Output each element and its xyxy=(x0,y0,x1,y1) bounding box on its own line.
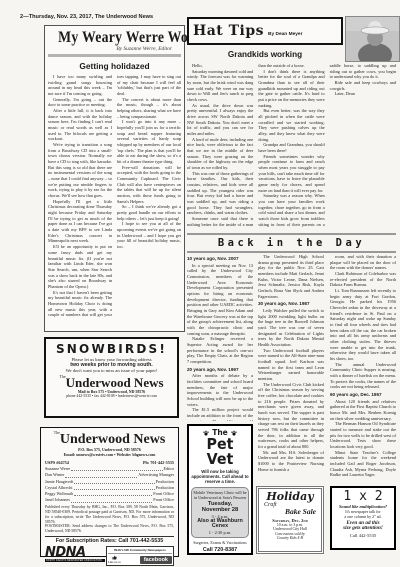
one-by-two-title: 1 x 2 xyxy=(334,490,392,503)
snowbirds-title: SNOWBIRDS! xyxy=(50,342,173,356)
one-by-two-punch2: size gets attention! xyxy=(334,526,392,532)
one-by-two-punchline: Even an ad this size gets attention! xyxy=(334,521,392,533)
masthead-name: Underwood News xyxy=(60,432,165,447)
paragraph: This was one of those gatherings of hors… xyxy=(187,171,253,216)
cowboy-portrait-photo xyxy=(346,17,399,61)
paragraph: Ride safe and keep cowboys and cowgirls. xyxy=(330,80,396,91)
dotted-leader xyxy=(74,495,152,496)
pet-vet-services: Surgeries, Exams & Vaccinations xyxy=(191,540,249,545)
facebook-badge: BHG's ND Community Newspapers Like us on… xyxy=(106,546,174,566)
pet-vet-ad: The Pet Vet Will now be taking appointme… xyxy=(187,424,253,555)
paragraph: The Underwood High School drama group pr… xyxy=(258,254,324,299)
paragraph: After months of debate by a facilities c… xyxy=(187,373,253,407)
paragraph: I hope to see you at all of the upcoming… xyxy=(117,221,181,249)
usps-number: USPS #64754 xyxy=(45,460,69,465)
like-us-text: Like us on xyxy=(108,561,121,564)
one-by-two-line2: a one column by 2" ad. xyxy=(334,514,392,519)
dotted-leader xyxy=(71,470,162,471)
holiday-bake-sale-ad: Holiday Craft Bake Sale Saturday, Dec. 2… xyxy=(256,486,324,554)
paragraph: As usual, the drive down was pretty unev… xyxy=(187,103,253,137)
paragraph: It'll be an opportunity to put on some f… xyxy=(48,244,112,289)
column-masthead: My Weary Werre World By Suzanne Werre, E… xyxy=(48,28,181,57)
hat-tips-title: Hat Tips xyxy=(193,23,264,39)
staffbox-email: Email: unnews@westriv.com • Website: bhg… xyxy=(45,452,174,457)
subscription-rates-line: For Subscription Rates: Call 701-442-553… xyxy=(45,536,174,545)
paragraph: The Underwood Civic Club kicked off the … xyxy=(258,382,324,450)
paragraph: Hopefully I'll get a little Christmas de… xyxy=(48,199,112,244)
pet-vet-time2: 1 - 2:30 p.m. xyxy=(193,530,247,535)
dotted-leader xyxy=(65,477,137,478)
paragraph: Mr. and Mrs. H.S. Solesberger of Underwo… xyxy=(258,450,324,473)
facebook-wordmark: facebook xyxy=(140,556,172,564)
paragraph: In a special meeting on Nov. 13 called b… xyxy=(187,263,253,337)
one-by-two-phone: Call 442-5535 xyxy=(334,533,392,538)
staffbox-usps-phone-row: USPS #64754 Ph: 701-442-5535 xyxy=(45,460,174,465)
paragraph: Two Underwood football players were name… xyxy=(258,348,324,382)
holiday-bake-sale: Bake Sale xyxy=(262,508,316,516)
staffbox-masthead: TheUnderwood News xyxy=(45,431,174,447)
thumbs-up-icon xyxy=(112,555,117,560)
columnist-photo xyxy=(345,16,400,62)
staff-row: Janel JohannesFront Office xyxy=(45,497,174,503)
back-in-the-day-col2: The Underwood High School drama group pr… xyxy=(258,254,324,483)
era-subhead: 20 years ago, Nov. 1997 xyxy=(187,367,253,373)
pet-vet-note: Will now be taking appointments. Call ah… xyxy=(191,469,249,485)
back-in-the-day-header: Back in the Day xyxy=(187,233,396,253)
staff-list: Suzanne WerreEditorDan WinterAdvertising… xyxy=(45,466,174,504)
pet-vet-clinic-line: Mobile Veterinary Clinic will be in Unde… xyxy=(193,490,247,500)
paragraph: About 120 friends and relatives gathered… xyxy=(330,399,396,422)
paragraph: I don't think there is anything better f… xyxy=(258,69,324,109)
snowbirds-contact: phone 442-5535 • fax 442-8108 • leaderne… xyxy=(50,394,173,398)
paragraph: Free-will donations will be accepted, wi… xyxy=(117,165,181,205)
holiday-location: Underwood City Hall xyxy=(262,527,318,531)
paragraph: After a little lull, it is back into dan… xyxy=(48,108,112,142)
column-body: I have too many swirling and twirling gr… xyxy=(48,74,181,320)
masthead-staff-box: TheUnderwood News P.O. Box 575, Underwoo… xyxy=(40,427,179,557)
holiday-concessions-line2: Country Kids 4-H xyxy=(262,536,318,540)
hat-tips-headline: Grandkids working xyxy=(187,50,343,59)
paragraph: A herd of mule deer, including one nice … xyxy=(187,137,253,171)
column-title: My Weary Werre World xyxy=(58,29,171,47)
paragraph: I won't go into it any more – hopefully … xyxy=(117,119,181,164)
newspaper-page: { "colors": {"paper": "#f6f5f2", "ink": … xyxy=(0,0,400,567)
paragraph: Clark Robinson of Coleharbor was re-elec… xyxy=(330,271,396,288)
dotted-leader xyxy=(71,502,152,503)
paragraph: But even better, was the way they all pi… xyxy=(258,108,324,142)
paragraph: The $1.5 million project would include a… xyxy=(187,407,253,421)
paragraph: Generally, I'm going – out the door to s… xyxy=(48,97,112,108)
staff-role: Front Office xyxy=(153,497,174,503)
paragraph: Later, Dean xyxy=(330,91,396,97)
paragraph: Lt. Tom Rasmussen left recently to begin… xyxy=(330,288,396,362)
back-in-the-day-col3: room, and with their donation a plaque w… xyxy=(330,254,396,483)
paragraph: The Berman Hanson Oil Syndicate started … xyxy=(330,421,396,449)
staffbox-logos-row: NDNA NORTH DAKOTA NEWSPAPER ASSOCIATION … xyxy=(45,546,174,566)
paragraph: I have too many swirling and twirling gr… xyxy=(48,74,112,97)
pet-vet-date: Tuesday, November 28 xyxy=(193,501,247,514)
ndna-logo: NDNA NORTH DAKOTA NEWSPAPER ASSOCIATION xyxy=(45,546,105,562)
like-us-label: Like us on xyxy=(108,555,121,565)
folio-line: 2—Thursday, Nov. 23, 2017, The Underwood… xyxy=(20,14,153,20)
snowbirds-masthead: TheUnderwood News xyxy=(50,375,173,389)
facebook-badge-header: BHG's ND Community Newspapers xyxy=(108,548,172,554)
facebook-badge-row: Like us on facebook xyxy=(108,555,172,565)
paragraph: Minot State Teacher's College students h… xyxy=(330,450,396,478)
hat-tips-masthead: Hat Tips By Dean Meyer xyxy=(187,17,343,45)
era-subhead: 30 years ago, Nov. 1987 xyxy=(258,301,324,307)
ndna-wordmark: NDNA xyxy=(45,546,105,559)
weary-werre-world-column: My Weary Werre World By Suzanne Werre, E… xyxy=(44,25,185,332)
dotted-leader xyxy=(74,489,155,490)
hat-tips-byline: By Dean Meyer xyxy=(268,32,302,37)
one-by-two-house-ad: 1 x 2 Sound like multiplication? It's ne… xyxy=(330,486,396,550)
staff-name: Janel Johannes xyxy=(45,497,70,503)
snowbirds-ad: SNOWBIRDS! Please let us know your forwa… xyxy=(44,337,179,418)
paragraph: Friends sometimes wonder why people cont… xyxy=(258,154,324,194)
paragraph: So – I think we've already got a pretty … xyxy=(117,204,181,221)
ndna-subtitle: NORTH DAKOTA NEWSPAPER ASSOCIATION xyxy=(45,559,105,562)
hat-tips-body: Hello,Saturday morning dawned cold and w… xyxy=(187,63,396,229)
dotted-leader xyxy=(74,483,154,484)
back-in-the-day-col1: 10 years ago, Nov. 2007In a special meet… xyxy=(187,254,253,421)
holiday-concessions: Concessions sold by Country Kids 4-H xyxy=(262,532,318,541)
paragraph: Leily Walcker pulled the switch to light… xyxy=(258,308,324,348)
phone-number: Ph: 701-442-5535 xyxy=(143,460,174,465)
paragraph: Grandpa and Grandma, you should have bee… xyxy=(258,142,324,153)
pet-vet-also: Also at Washburn Cenex xyxy=(193,519,247,531)
era-subhead: 60 years ago, Dec. 1957 xyxy=(330,392,396,398)
paragraph: We're trying to transition a song from a… xyxy=(48,142,112,199)
published-notice: Published every Thursday by BHG, Inc., P… xyxy=(45,505,174,525)
paragraph: room, and with their donation a plaque w… xyxy=(330,254,396,271)
paragraph: The annual Underwood Community Clinic Su… xyxy=(330,362,396,390)
paragraph: The concert is about more than the music… xyxy=(117,97,181,120)
pet-vet-phone: Call 720-8387 xyxy=(191,547,249,553)
paragraph: Natalie Erlinger received a Superior Act… xyxy=(187,336,253,364)
snowbirds-line: We don't want you to miss an issue of yo… xyxy=(50,368,173,373)
pet-vet-name: Pet Vet xyxy=(192,437,247,467)
era-subhead: 10 years ago, Nov. 2007 xyxy=(187,256,253,262)
masthead-name: Underwood News xyxy=(66,375,164,390)
paragraph: Saturday morning dawned cold and windy. … xyxy=(187,69,253,103)
column-headline: Getting holidazed xyxy=(48,61,181,71)
postmaster-notice: POSTMASTER: Send address changes to The … xyxy=(45,524,174,534)
holiday-title: Holiday xyxy=(262,491,318,502)
pet-vet-schedule-panel: Mobile Veterinary Clinic will be in Unde… xyxy=(191,487,249,539)
